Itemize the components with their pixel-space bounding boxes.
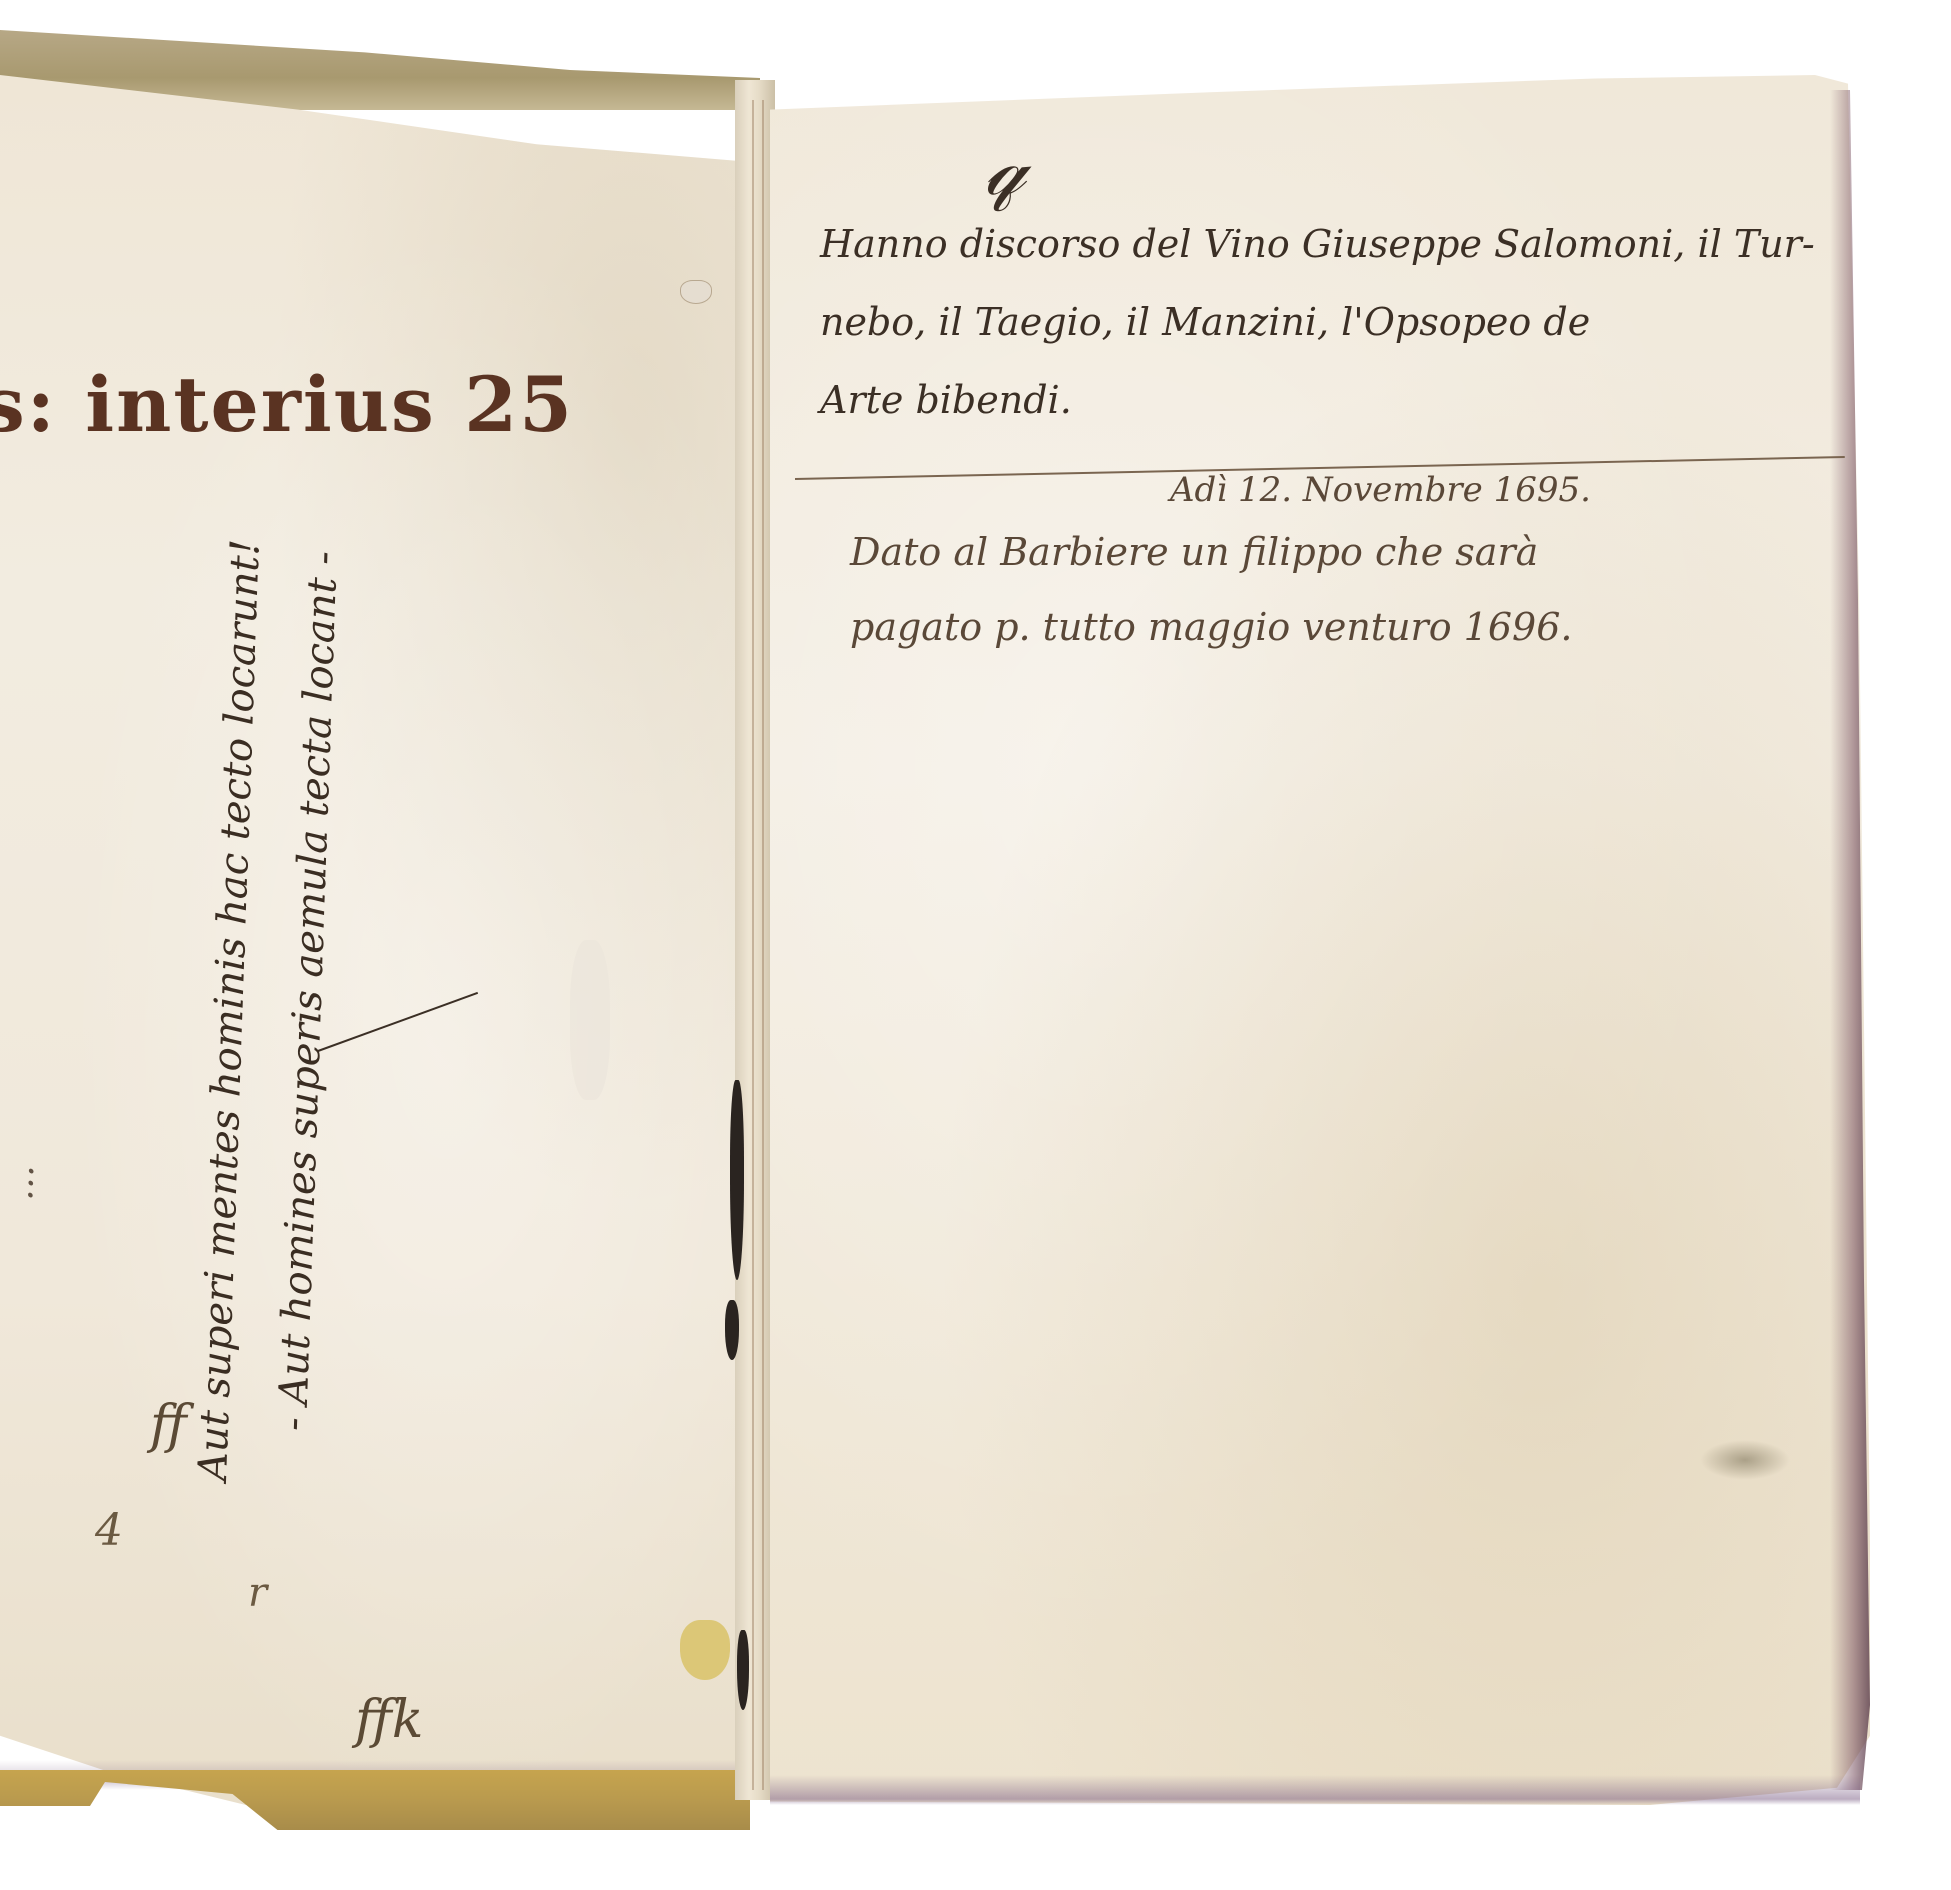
gutter-yellow-stain <box>680 1620 730 1680</box>
margin-mark-4: 4 <box>95 1505 123 1556</box>
gutter-ink-blot <box>730 1080 744 1280</box>
gutter-stitch-line <box>752 100 754 1790</box>
left-edge-cut-text: … <box>0 1164 42 1201</box>
note-2-line-1: Dato al Barbiere un filippo che sarà <box>850 530 1538 574</box>
right-edge-stain <box>1830 90 1870 1790</box>
gutter-ink-blot <box>725 1300 739 1360</box>
water-stain <box>1700 1440 1790 1480</box>
gutter-ink-blot <box>737 1630 749 1710</box>
right-bottom-stain <box>770 1775 1860 1805</box>
gutter-wax-stain <box>570 940 610 1100</box>
margin-mark-r: r <box>248 1570 267 1616</box>
book-gutter <box>735 80 775 1800</box>
left-page-heading: s: interius 25 <box>0 360 574 449</box>
note-1-line-3: Arte bibendi. <box>820 378 1072 422</box>
margin-mark-ffk: ffk <box>355 1690 423 1750</box>
gutter-stitch-line <box>762 100 764 1790</box>
note-1-line-2: nebo, il Taegio, il Manzini, l'Opsopeo d… <box>820 300 1590 344</box>
note-2-line-2: pagato p. tutto maggio venturo 1696. <box>850 605 1572 649</box>
book-photograph: s: interius 25 Aut superi mentes hominis… <box>0 0 1951 1890</box>
margin-mark-ff: ff <box>150 1395 187 1455</box>
note-2-date: Adì 12. Novembre 1695. <box>1170 470 1591 510</box>
left-cover-bottom-edge <box>0 1770 750 1830</box>
flourish-mark: 𝓆 <box>985 120 1025 214</box>
gutter-wax-stain <box>680 280 712 304</box>
note-1-line-1: Hanno discorso del Vino Giuseppe Salomon… <box>820 222 1815 266</box>
